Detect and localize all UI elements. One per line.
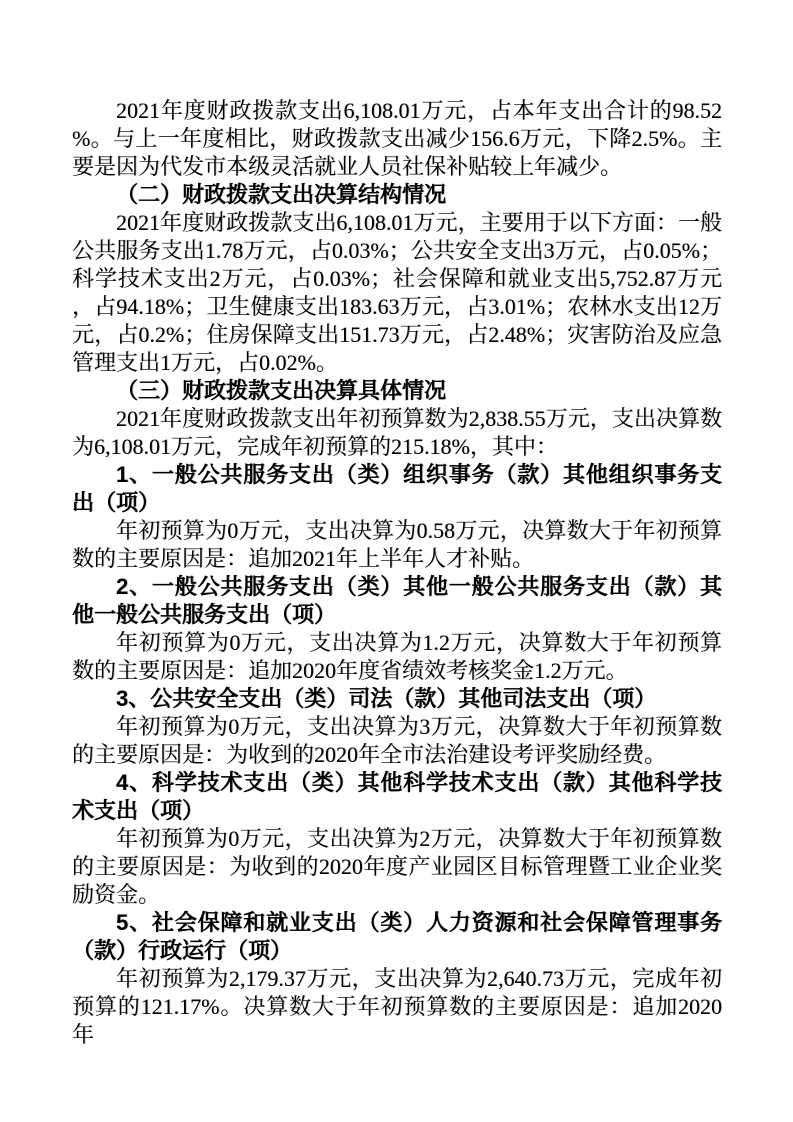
section-heading: 3、公共安全支出（类）司法（款）其他司法支出（项） xyxy=(72,685,722,713)
section-heading: （三）财政拨款支出决算具体情况 xyxy=(72,377,722,405)
paragraph: 年初预算为0万元，支出决算为2万元，决算数大于年初预算数的主要原因是：为收到的2… xyxy=(72,825,722,909)
paragraph: 年初预算为0万元，支出决算为3万元，决算数大于年初预算数的主要原因是：为收到的2… xyxy=(72,713,722,769)
paragraph: 年初预算为0万元，支出决算为1.2万元，决算数大于年初预算数的主要原因是：追加2… xyxy=(72,629,722,685)
section-heading: （二）财政拨款支出决算结构情况 xyxy=(72,181,722,209)
paragraph: 年初预算为2,179.37万元，支出决算为2,640.73万元，完成年初预算的1… xyxy=(72,965,722,1049)
section-heading: 5、社会保障和就业支出（类）人力资源和社会保障管理事务（款）行政运行（项） xyxy=(72,909,722,965)
document-page: 2021年度财政拨款支出6,108.01万元，占本年支出合计的98.52%。与上… xyxy=(72,97,722,1049)
section-heading: 2、一般公共服务支出（类）其他一般公共服务支出（款）其他一般公共服务支出（项） xyxy=(72,573,722,629)
paragraph: 年初预算为0万元，支出决算为0.58万元，决算数大于年初预算数的主要原因是：追加… xyxy=(72,517,722,573)
paragraph: 2021年度财政拨款支出6,108.01万元，主要用于以下方面：一般公共服务支出… xyxy=(72,209,722,377)
section-heading: 4、科学技术支出（类）其他科学技术支出（款）其他科学技术支出（项） xyxy=(72,769,722,825)
section-heading: 1、一般公共服务支出（类）组织事务（款）其他组织事务支出（项） xyxy=(72,461,722,517)
paragraph: 2021年度财政拨款支出6,108.01万元，占本年支出合计的98.52%。与上… xyxy=(72,97,722,181)
paragraph: 2021年度财政拨款支出年初预算数为2,838.55万元，支出决算数为6,108… xyxy=(72,405,722,461)
